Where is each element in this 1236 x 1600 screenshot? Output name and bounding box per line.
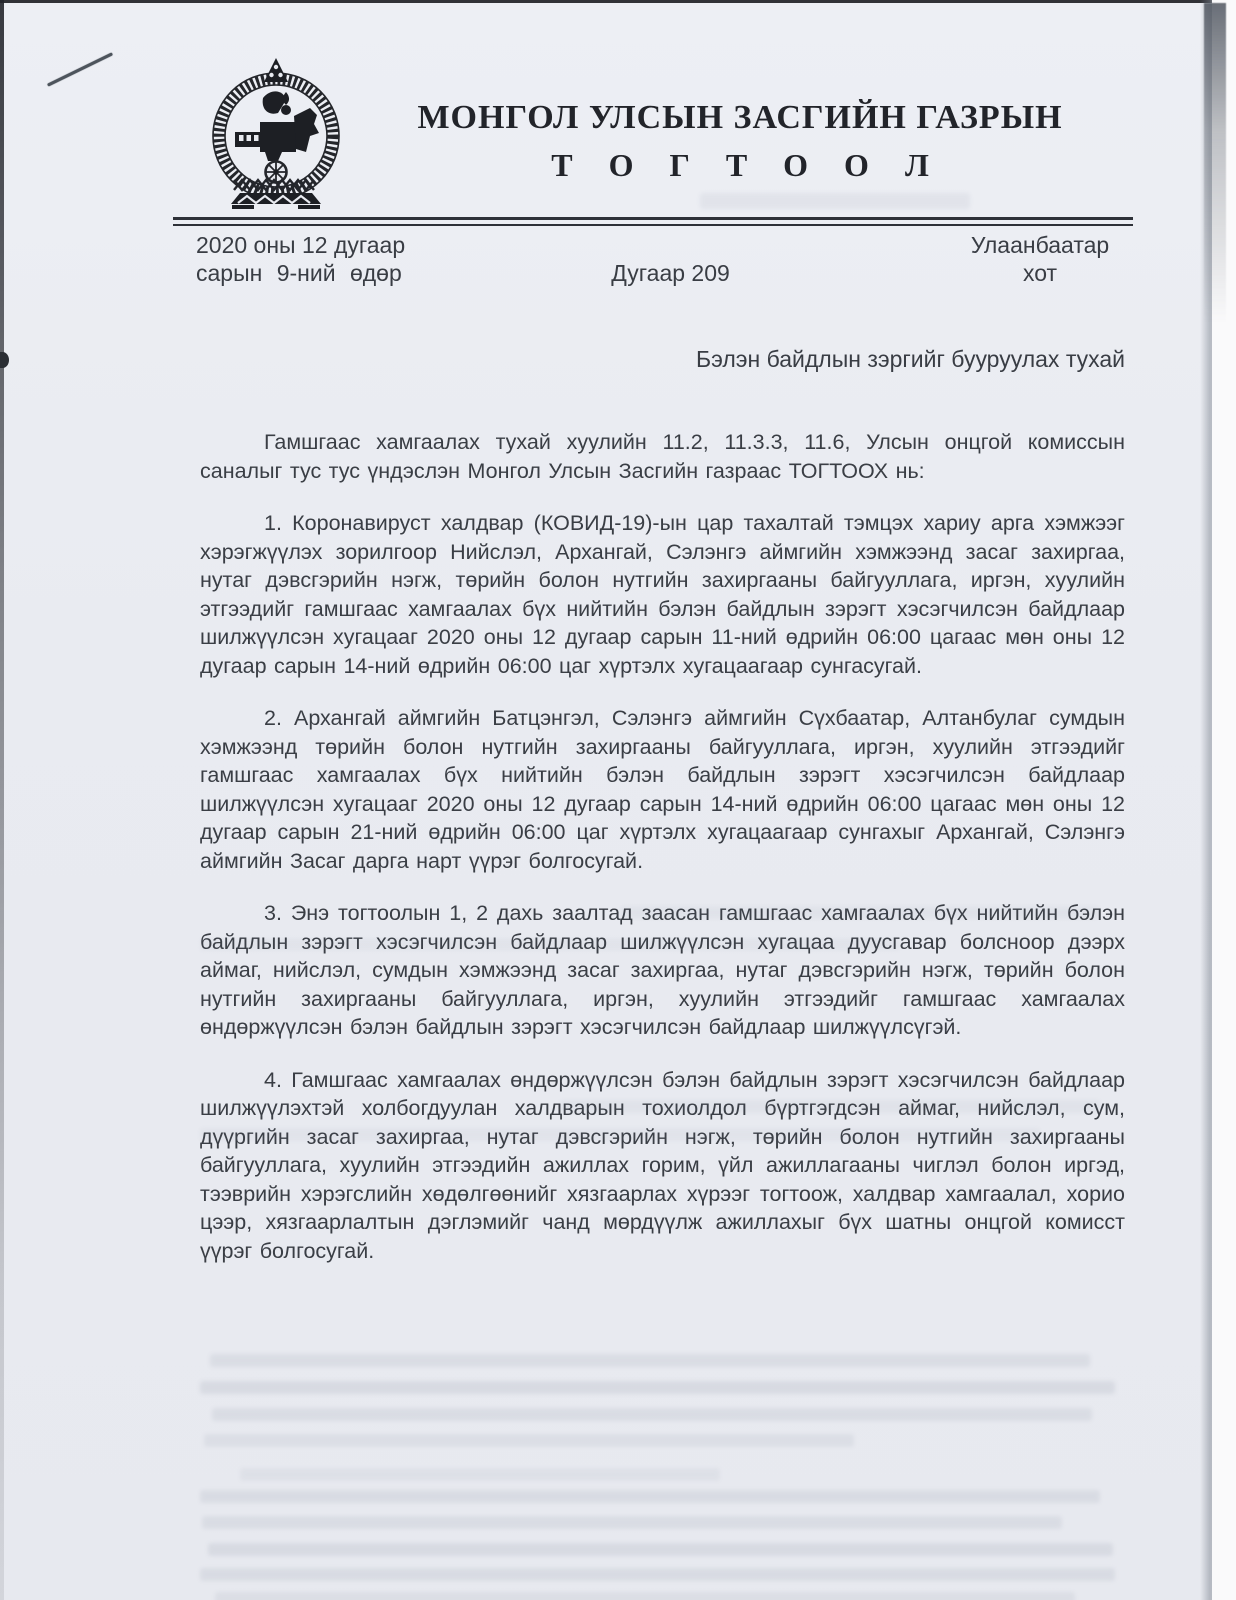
decree-paragraph-4: 4. Гамшгаас хамгаалах өндөржүүлсэн бэлэн… bbox=[200, 1066, 1125, 1266]
decree-number: Дугаар 209 bbox=[446, 231, 955, 287]
bleedthrough-line bbox=[200, 1381, 1115, 1394]
bleedthrough-line bbox=[200, 938, 900, 951]
bleedthrough-line bbox=[208, 1543, 1113, 1556]
meta-row: 2020 оны 12 дугаар сарын 9-ний өдөр Дуга… bbox=[196, 231, 1125, 287]
decree-body: Гамшгаас хамгаалах тухай хуулийн 11.2, 1… bbox=[200, 428, 1125, 1289]
issue-date: 2020 оны 12 дугаар сарын 9-ний өдөр bbox=[196, 231, 446, 287]
document-header: МОНГОЛ УЛСЫН ЗАСГИЙН ГАЗРЫН Т О Г Т О О … bbox=[378, 98, 1102, 184]
issue-date-line1: 2020 оны 12 дугаар bbox=[196, 231, 446, 259]
decree-paragraph-1: 1. Коронавируст халдвар (КОВИД-19)-ын ца… bbox=[200, 509, 1125, 680]
scan-artifact-top-right bbox=[1204, 3, 1226, 323]
issue-place: Улаанбаатар хот bbox=[955, 231, 1125, 287]
bleedthrough-line bbox=[212, 1408, 1092, 1421]
bleedthrough-line bbox=[240, 1468, 720, 1481]
header-double-rule bbox=[173, 217, 1133, 226]
emblem-horse bbox=[235, 91, 319, 161]
scanned-document: МОНГОЛ УЛСЫН ЗАСГИЙН ГАЗРЫН Т О Г Т О О … bbox=[0, 0, 1236, 1600]
scan-artifact-left-edge bbox=[0, 0, 4, 1600]
decree-paragraph-2: 2. Архангай аймгийн Батцэнгэл, Сэлэнгэ а… bbox=[200, 704, 1125, 875]
bleedthrough-line bbox=[202, 1516, 1062, 1529]
state-emblem-icon bbox=[206, 56, 346, 210]
issuing-authority-title: МОНГОЛ УЛСЫН ЗАСГИЙН ГАЗРЫН bbox=[378, 98, 1102, 138]
decree-paragraph-3: 3. Энэ тогтоолын 1, 2 дахь заалтад зааса… bbox=[200, 899, 1125, 1042]
issue-place-line2: хот bbox=[955, 259, 1125, 287]
bleedthrough-line bbox=[204, 1434, 854, 1447]
issue-date-line2: сарын 9-ний өдөр bbox=[196, 259, 446, 287]
emblem-finial bbox=[264, 58, 288, 82]
bleedthrough-line bbox=[210, 1354, 1090, 1367]
emblem-pedestal bbox=[231, 193, 321, 209]
issue-place-line1: Улаанбаатар bbox=[955, 231, 1125, 259]
scan-artifact-top-line bbox=[0, 0, 1228, 3]
bleedthrough-line bbox=[215, 1592, 1075, 1600]
bleedthrough-line bbox=[560, 1100, 1100, 1113]
emblem-wheel bbox=[266, 162, 287, 183]
intro-paragraph: Гамшгаас хамгаалах тухай хуулийн 11.2, 1… bbox=[200, 428, 1125, 485]
bleedthrough-line bbox=[200, 1490, 1100, 1503]
bleedthrough-line bbox=[200, 1568, 1115, 1581]
bleedthrough-line bbox=[620, 906, 1100, 919]
document-type-title: Т О Г Т О О Л bbox=[378, 146, 1102, 184]
bleedthrough-line bbox=[200, 1128, 1040, 1141]
mongolia-state-emblem bbox=[206, 56, 346, 212]
bleedthrough-line bbox=[700, 193, 970, 209]
decree-subject: Бэлэн байдлын зэргийг бууруулах тухай bbox=[400, 346, 1125, 373]
